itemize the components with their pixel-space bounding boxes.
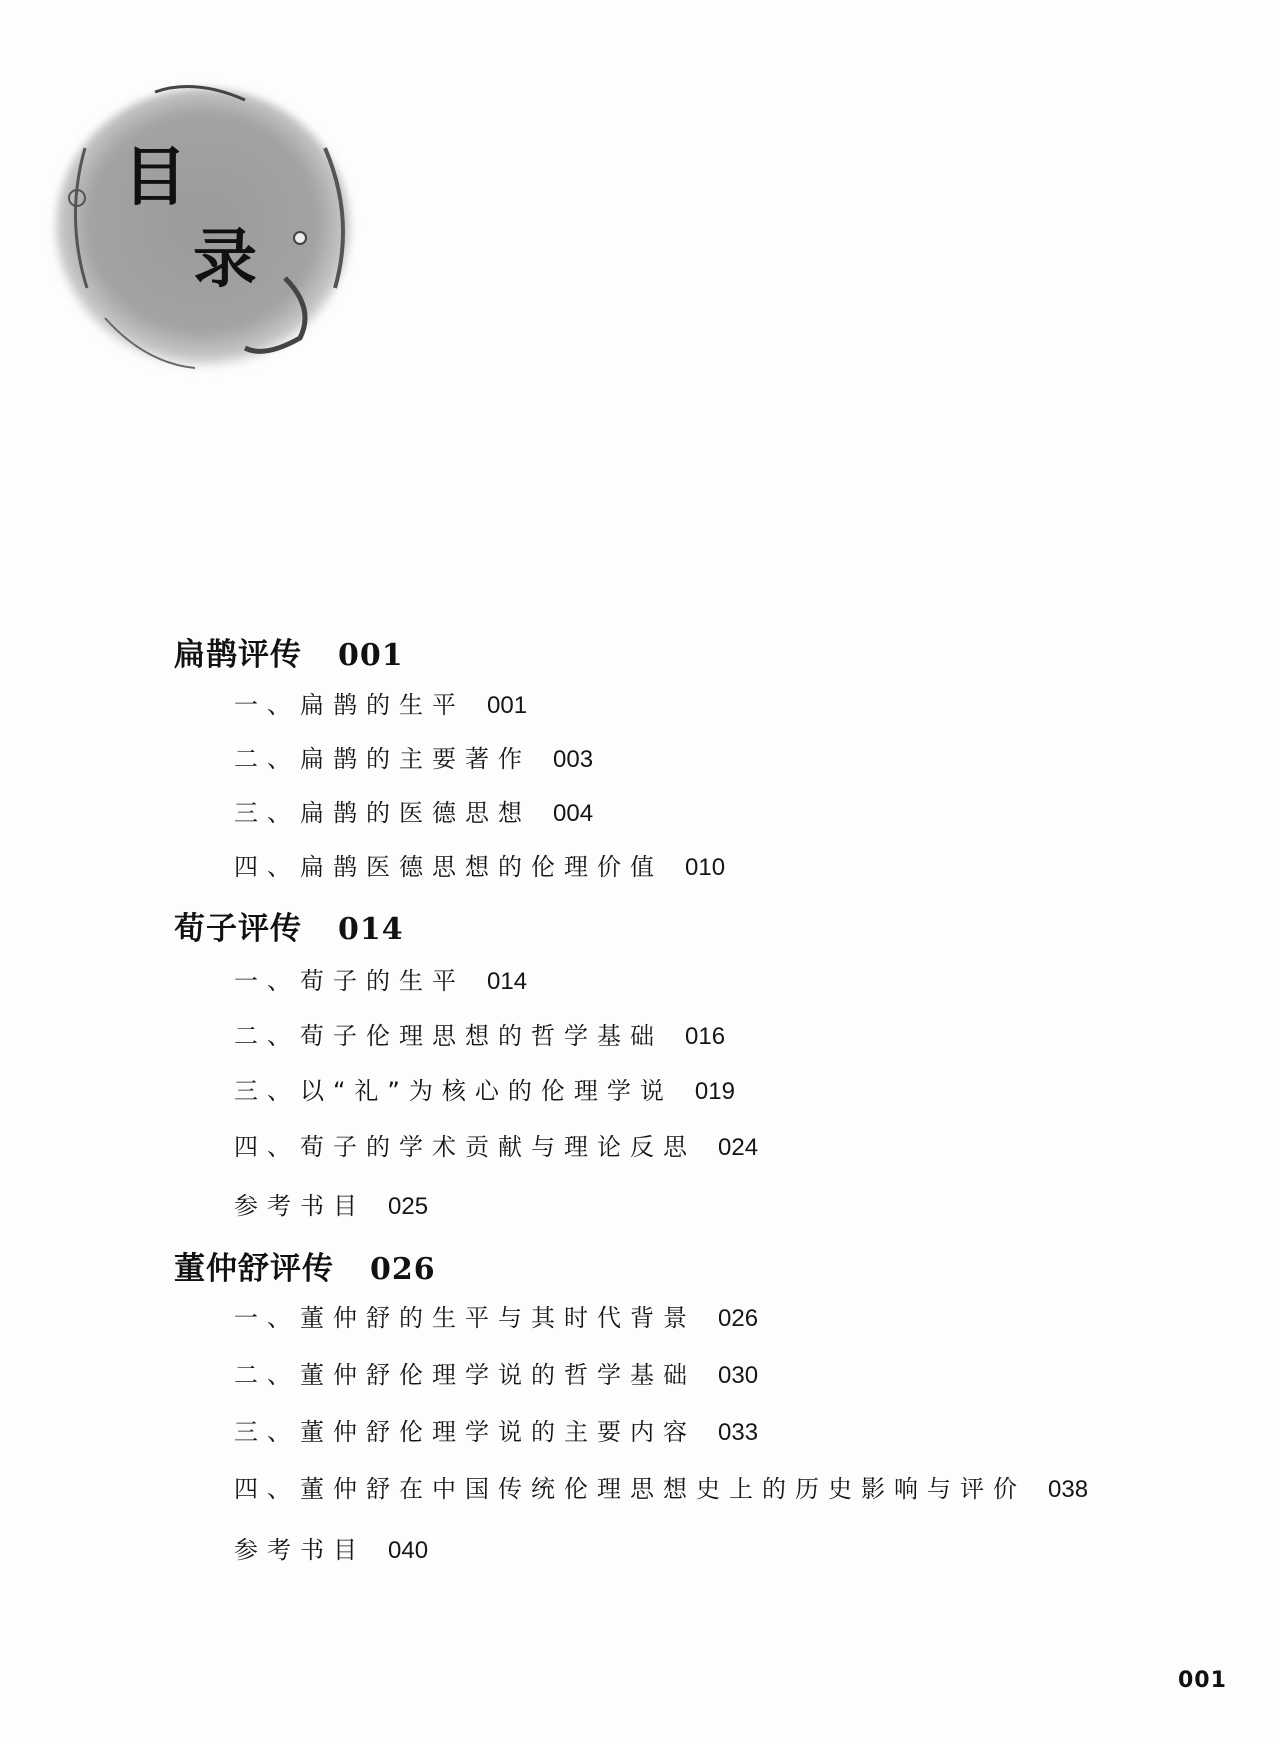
- toc-entry[interactable]: 一、扁鹊的生平001: [234, 685, 527, 720]
- toc-entry[interactable]: 三、董仲舒伦理学说的主要内容033: [234, 1412, 758, 1447]
- entry-page: 040: [388, 1537, 428, 1564]
- entry-page: 033: [718, 1419, 758, 1446]
- entry-page: 038: [1048, 1476, 1088, 1503]
- toc-title-char: 录: [193, 228, 257, 292]
- entry-label: 一、扁鹊的生平: [234, 691, 465, 719]
- toc-title-char: 目: [123, 146, 187, 210]
- entry-page: 019: [695, 1078, 735, 1105]
- entry-page: 003: [553, 746, 593, 773]
- chapter-page: 014: [338, 912, 404, 947]
- entry-label: 一、董仲舒的生平与其时代背景: [234, 1304, 696, 1332]
- entry-label: 四、董仲舒在中国传统伦理思想史上的历史影响与评价: [234, 1475, 1026, 1503]
- toc-entry[interactable]: 三、以“礼”为核心的伦理学说019: [234, 1071, 735, 1106]
- chapter-title: 荀子评传: [174, 911, 302, 947]
- entry-label: 参考书目: [234, 1192, 366, 1220]
- toc-entry[interactable]: 一、董仲舒的生平与其时代背景026: [234, 1298, 758, 1333]
- entry-label: 二、荀子伦理思想的哲学基础: [234, 1022, 663, 1050]
- entry-label: 三、以“礼”为核心的伦理学说: [234, 1077, 673, 1105]
- toc-title-emblem: 目 录: [45, 78, 365, 388]
- entry-label: 四、扁鹊医德思想的伦理价值: [234, 853, 663, 881]
- entry-label: 三、董仲舒伦理学说的主要内容: [234, 1418, 696, 1446]
- page-number: 001: [1178, 1668, 1227, 1693]
- toc-entry[interactable]: 二、扁鹊的主要著作003: [234, 739, 593, 774]
- entry-label: 二、扁鹊的主要著作: [234, 745, 531, 773]
- entry-label: 三、扁鹊的医德思想: [234, 799, 531, 827]
- toc-entry[interactable]: 一、荀子的生平014: [234, 961, 527, 996]
- entry-label: 二、董仲舒伦理学说的哲学基础: [234, 1361, 696, 1389]
- entry-label: 四、荀子的学术贡献与理论反思: [234, 1133, 696, 1161]
- chapter-page: 026: [370, 1252, 436, 1287]
- entry-page: 010: [685, 854, 725, 881]
- toc-chapter[interactable]: 董仲舒评传026: [174, 1243, 436, 1288]
- toc-entry[interactable]: 四、董仲舒在中国传统伦理思想史上的历史影响与评价038: [234, 1469, 1088, 1504]
- toc-entry[interactable]: 四、荀子的学术贡献与理论反思024: [234, 1127, 758, 1162]
- entry-page: 001: [487, 692, 527, 719]
- toc-entry[interactable]: 三、扁鹊的医德思想004: [234, 793, 593, 828]
- toc-entry[interactable]: 参考书目040: [234, 1530, 428, 1565]
- entry-page: 016: [685, 1023, 725, 1050]
- chapter-title: 扁鹊评传: [174, 637, 302, 673]
- entry-page: 004: [553, 800, 593, 827]
- entry-page: 026: [718, 1305, 758, 1332]
- toc-entry[interactable]: 参考书目025: [234, 1186, 428, 1221]
- entry-page: 025: [388, 1193, 428, 1220]
- entry-label: 一、荀子的生平: [234, 967, 465, 995]
- toc-chapter[interactable]: 荀子评传014: [174, 903, 404, 948]
- entry-page: 024: [718, 1134, 758, 1161]
- toc-entry[interactable]: 二、董仲舒伦理学说的哲学基础030: [234, 1355, 758, 1390]
- toc-chapter[interactable]: 扁鹊评传001: [174, 629, 404, 674]
- toc-entry[interactable]: 二、荀子伦理思想的哲学基础016: [234, 1016, 725, 1051]
- chapter-page: 001: [338, 638, 404, 673]
- toc-entry[interactable]: 四、扁鹊医德思想的伦理价值010: [234, 847, 725, 882]
- entry-page: 030: [718, 1362, 758, 1389]
- entry-page: 014: [487, 968, 527, 995]
- chapter-title: 董仲舒评传: [174, 1251, 334, 1287]
- entry-label: 参考书目: [234, 1536, 366, 1564]
